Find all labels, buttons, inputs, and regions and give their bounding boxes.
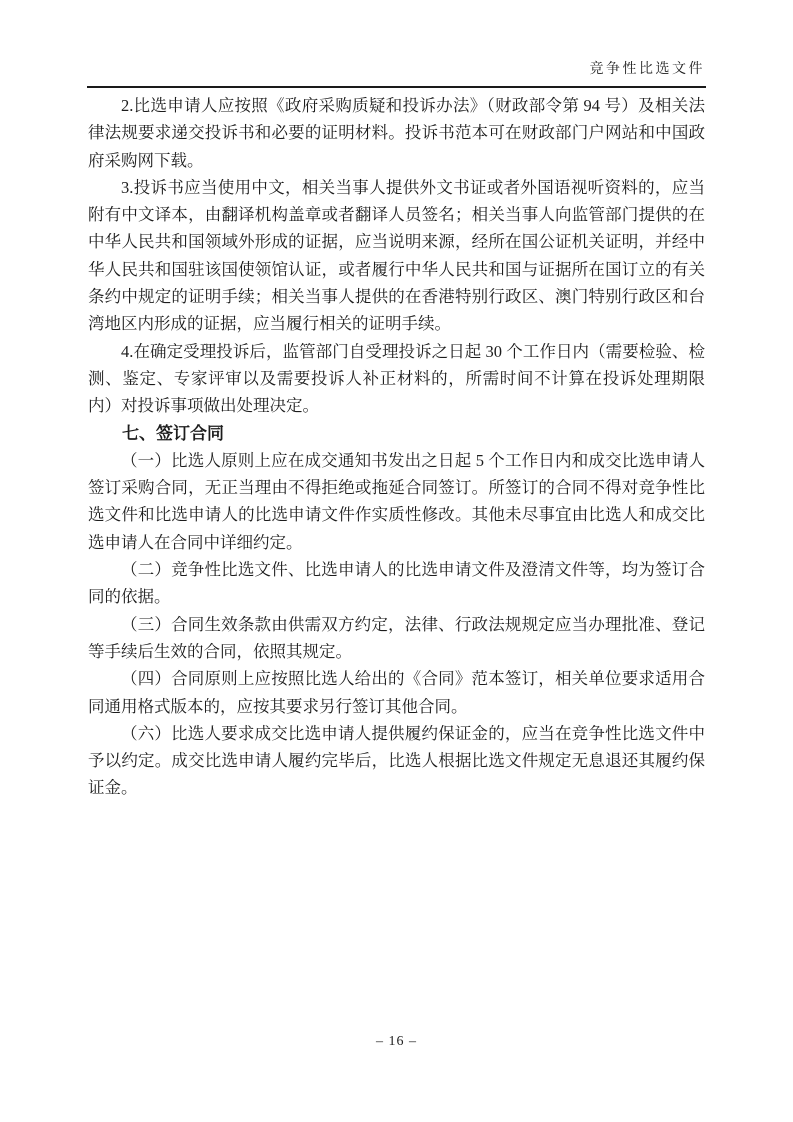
document-page: 竞争性比选文件 2.比选申请人应按照《政府采购质疑和投诉办法》（财政部令第 94…: [0, 0, 793, 1122]
paragraph: （四）合同原则上应按照比选人给出的《合同》范本签订，相关单位要求适用合同通用格式…: [88, 665, 705, 720]
section-heading: 七、签订合同: [88, 420, 705, 447]
paragraph: （二）竞争性比选文件、比选申请人的比选申请文件及澄清文件等，均为签订合同的依据。: [88, 556, 705, 611]
page-header: 竞争性比选文件: [88, 58, 705, 82]
paragraph: （一）比选人原则上应在成交通知书发出之日起 5 个工作日内和成交比选申请人签订采…: [88, 447, 705, 556]
page-footer: – 16 –: [0, 1034, 793, 1050]
header-title: 竞争性比选文件: [590, 62, 706, 77]
page-number: – 16 –: [376, 1034, 417, 1049]
paragraph: （六）比选人要求成交比选申请人提供履约保证金的，应当在竞争性比选文件中予以约定。…: [88, 720, 705, 802]
paragraph: 2.比选申请人应按照《政府采购质疑和投诉办法》（财政部令第 94 号）及相关法律…: [88, 92, 705, 174]
header-rule: [87, 86, 706, 88]
paragraph: 3.投诉书应当使用中文，相关当事人提供外文书证或者外国语视听资料的，应当附有中文…: [88, 174, 705, 338]
document-body: 2.比选申请人应按照《政府采购质疑和投诉办法》（财政部令第 94 号）及相关法律…: [88, 92, 705, 802]
paragraph: （三）合同生效条款由供需双方约定，法律、行政法规规定应当办理批准、登记等手续后生…: [88, 611, 705, 666]
paragraph: 4.在确定受理投诉后，监管部门自受理投诉之日起 30 个工作日内（需要检验、检测…: [88, 338, 705, 420]
